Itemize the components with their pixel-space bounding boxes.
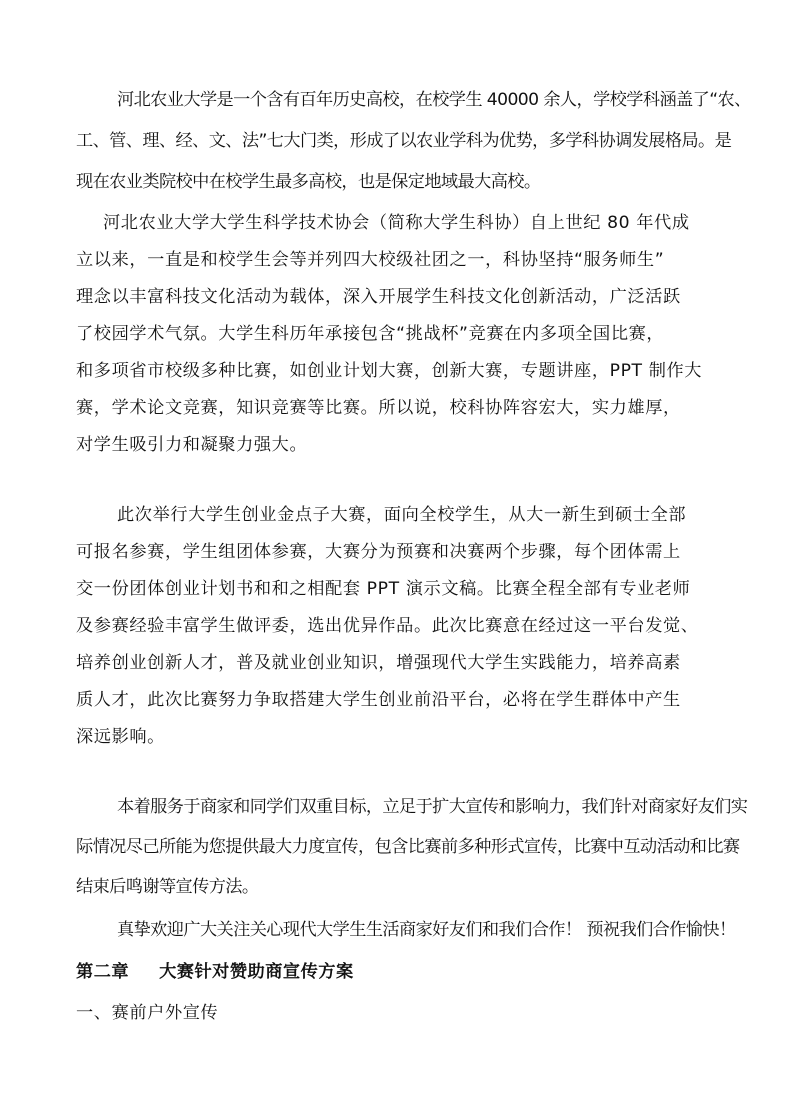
paragraph-line: 质人才，此次比赛努力争取搭建大学生创业前沿平台，必将在学生群体中产生 — [76, 688, 718, 712]
document-page: 河北农业大学是一个含有百年历史高校，在校学生 40000 余人，学校学科涵盖了“… — [0, 0, 792, 1120]
paragraph-line: 对学生吸引力和凝聚力强大。 — [76, 433, 718, 457]
paragraph-line: 深远影响。 — [76, 725, 718, 749]
paragraph-line: 及参赛经验丰富学生做评委，选出优异作品。此次比赛意在经过这一平台发觉、 — [76, 614, 718, 638]
paragraph-line: 和多项省市校级多种比赛，如创业计划大赛，创新大赛，专题讲座，PPT 制作大 — [76, 359, 718, 383]
paragraph-line: 可报名参赛，学生组团体参赛，大赛分为预赛和决赛两个步骤，每个团体需上 — [76, 540, 718, 564]
paragraph-line: 本着服务于商家和同学们双重目标，立足于扩大宣传和影响力，我们针对商家好友们实 — [117, 795, 718, 819]
paragraph-line: 赛，学术论文竞赛，知识竞赛等比赛。所以说，校科协阵容宏大，实力雄厚， — [76, 396, 718, 420]
paragraph-line: 培养创业创新人才，普及就业创业知识，增强现代大学生实践能力，培养高素 — [76, 651, 718, 675]
paragraph-line: 结束后鸣谢等宣传方法。 — [76, 875, 718, 899]
paragraph-line: 立以来，一直是和校学生会等并列四大校级社团之一，科协坚持“服务师生” — [76, 248, 718, 272]
chapter-number: 第二章 — [76, 962, 129, 982]
paragraph-line: 现在农业类院校中在校学生最多高校，也是保定地域最大高校。 — [76, 170, 718, 194]
chapter-title: 大赛针对赞助商宣传方案 — [159, 962, 354, 982]
paragraph-line: 理念以丰富科技文化活动为载体，深入开展学生科技文化创新活动，广泛活跃 — [76, 285, 718, 309]
paragraph-line: 此次举行大学生创业金点子大赛，面向全校学生，从大一新生到硕士全部 — [117, 503, 718, 527]
paragraph-line: 真挚欢迎广大关注关心现代大学生生活商家好友们和我们合作！ 预祝我们合作愉快！ — [117, 918, 718, 942]
paragraph-line: 河北农业大学大学生科学技术协会（简称大学生科协）自上世纪 80 年代成 — [103, 211, 718, 235]
section-heading: 一、赛前户外宣传 — [76, 1001, 718, 1025]
chapter-heading: 第二章大赛针对赞助商宣传方案 — [76, 960, 718, 984]
paragraph-line: 交一份团体创业计划书和和之相配套 PPT 演示文稿。比赛全程全部有专业老师 — [76, 577, 718, 601]
paragraph-line: 河北农业大学是一个含有百年历史高校，在校学生 40000 余人，学校学科涵盖了“… — [117, 88, 718, 112]
paragraph-line: 际情况尽己所能为您提供最大力度宣传，包含比赛前多种形式宣传，比赛中互动活动和比赛 — [76, 835, 718, 859]
paragraph-line: 了校园学术气氛。大学生科历年承接包含“挑战杯”竞赛在内多项全国比赛， — [76, 322, 718, 346]
paragraph-line: 工、管、理、经、文、法”七大门类，形成了以农业学科为优势，多学科协调发展格局。是 — [76, 129, 718, 153]
